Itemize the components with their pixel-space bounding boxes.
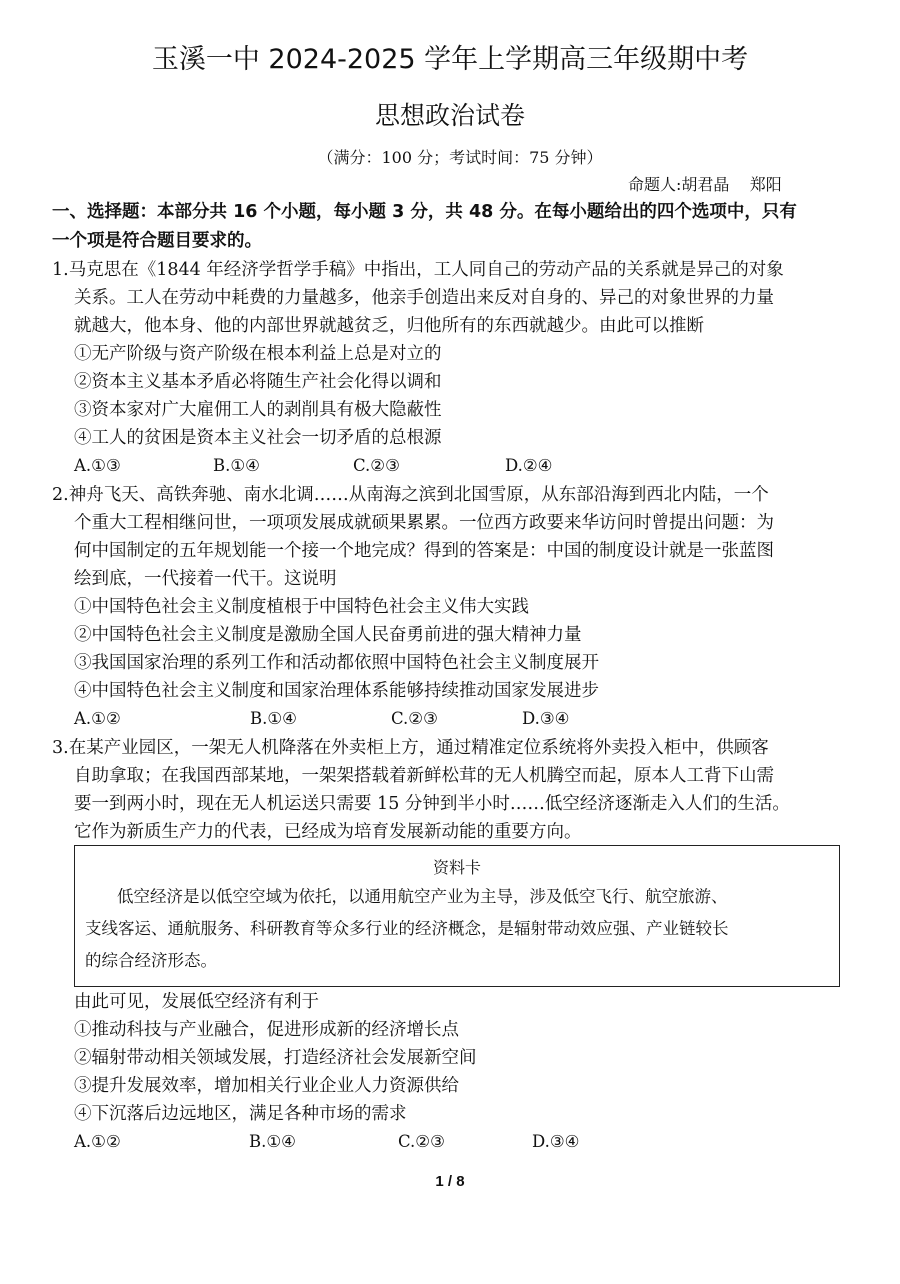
question-stem-line: 1.马克思在《1844 年经济学哲学手稿》中指出，工人同自己的劳动产品的关系就是… [52, 256, 784, 284]
option-c[interactable]: C.②③ [398, 1128, 445, 1156]
option-d[interactable]: D.③④ [522, 705, 569, 733]
question-stem-line: 要一到两小时，现在无人机运送只需要 15 分钟到半小时……低空经济逐渐走入人们的… [74, 790, 790, 818]
question-stem-line: 个重大工程相继问世，一项项发展成就硕果累累。一位西方政要来华访问时曾提出问题：为 [74, 509, 774, 537]
info-card: 资料卡 低空经济是以低空空域为依托，以通用航空产业为主导，涉及低空飞行、航空旅游… [74, 845, 840, 987]
question-stem-line: 绘到底，一代接着一代干。这说明 [74, 565, 337, 593]
statement: ①无产阶级与资产阶级在根本利益上总是对立的 [74, 340, 442, 368]
statement: ③提升发展效率，增加相关行业企业人力资源供给 [74, 1072, 459, 1100]
statement: ④工人的贫困是资本主义社会一切矛盾的总根源 [74, 424, 442, 452]
option-d[interactable]: D.③④ [532, 1128, 579, 1156]
info-card-line: 的综合经济形态。 [85, 946, 217, 976]
option-a[interactable]: A.①② [74, 1128, 121, 1156]
statement: ④中国特色社会主义制度和国家治理体系能够持续推动国家发展进步 [74, 677, 599, 705]
exam-subject: 思想政治试卷 [0, 98, 900, 134]
section-heading: 一、选择题：本部分共 16 个小题，每小题 3 分，共 48 分。在每小题给出的… [52, 198, 852, 256]
statement: ②辐射带动相关领域发展，打造经济社会发展新空间 [74, 1044, 477, 1072]
section-heading-line-2: 一个项是符合题目要求的。 [52, 227, 852, 256]
statement: ①推动科技与产业融合，促进形成新的经济增长点 [74, 1016, 459, 1044]
question-stem-line: 3.在某产业园区，一架无人机降落在外卖柜上方，通过精准定位系统将外卖投入柜中，供… [52, 734, 769, 762]
option-a[interactable]: A.①③ [74, 452, 121, 480]
info-card-line: 低空经济是以低空空域为依托，以通用航空产业为主导，涉及低空飞行、航空旅游、 [117, 882, 728, 912]
question-stem-line: 2.神舟飞天、高铁奔驰、南水北调……从南海之滨到北国雪原，从东部沿海到西北内陆，… [52, 481, 769, 509]
option-b[interactable]: B.①④ [213, 452, 260, 480]
question-stem-line: 何中国制定的五年规划能一个接一个地完成？得到的答案是：中国的制度设计就是一张蓝图 [74, 537, 774, 565]
statement: ③我国国家治理的系列工作和活动都依照中国特色社会主义制度展开 [74, 649, 599, 677]
option-a[interactable]: A.①② [74, 705, 121, 733]
statement: ②资本主义基本矛盾必将随生产社会化得以调和 [74, 368, 442, 396]
info-card-line: 支线客运、通航服务、科研教育等众多行业的经济概念，是辐射带动效应强、产业链较长 [85, 914, 729, 944]
option-b[interactable]: B.①④ [250, 705, 297, 733]
statement: ①中国特色社会主义制度植根于中国特色社会主义伟大实践 [74, 593, 529, 621]
question-stem-line: 关系。工人在劳动中耗费的力量越多，他亲手创造出来反对自身的、异己的对象世界的力量 [74, 284, 774, 312]
question-stem-line: 就越大，他本身、他的内部世界就越贫乏，归他所有的东西就越少。由此可以推断 [74, 312, 704, 340]
exam-title: 玉溪一中 2024-2025 学年上学期高三年级期中考 [0, 40, 900, 80]
section-heading-line-1: 一、选择题：本部分共 16 个小题，每小题 3 分，共 48 分。在每小题给出的… [52, 198, 852, 227]
exam-meta: （满分：100 分；考试时间：75 分钟） [0, 146, 900, 170]
exam-author: 命题人:胡君晶 郑阳 [628, 173, 782, 197]
statement: ③资本家对广大雇佣工人的剥削具有极大隐蔽性 [74, 396, 442, 424]
option-d[interactable]: D.②④ [505, 452, 552, 480]
option-b[interactable]: B.①④ [249, 1128, 296, 1156]
question-stem-line: 自助拿取；在我国西部某地，一架架搭载着新鲜松茸的无人机腾空而起，原本人工背下山需 [74, 762, 774, 790]
option-c[interactable]: C.②③ [391, 705, 438, 733]
statement: ②中国特色社会主义制度是激励全国人民奋勇前进的强大精神力量 [74, 621, 582, 649]
page-indicator: 1 / 8 [0, 1172, 900, 1192]
question-lead: 由此可见，发展低空经济有利于 [74, 988, 319, 1016]
info-card-title: 资料卡 [75, 856, 839, 880]
option-c[interactable]: C.②③ [353, 452, 400, 480]
exam-page: 玉溪一中 2024-2025 学年上学期高三年级期中考 思想政治试卷 （满分：1… [0, 0, 900, 1284]
question-stem-line: 它作为新质生产力的代表，已经成为培育发展新动能的重要方向。 [74, 818, 582, 846]
statement: ④下沉落后边远地区，满足各种市场的需求 [74, 1100, 407, 1128]
